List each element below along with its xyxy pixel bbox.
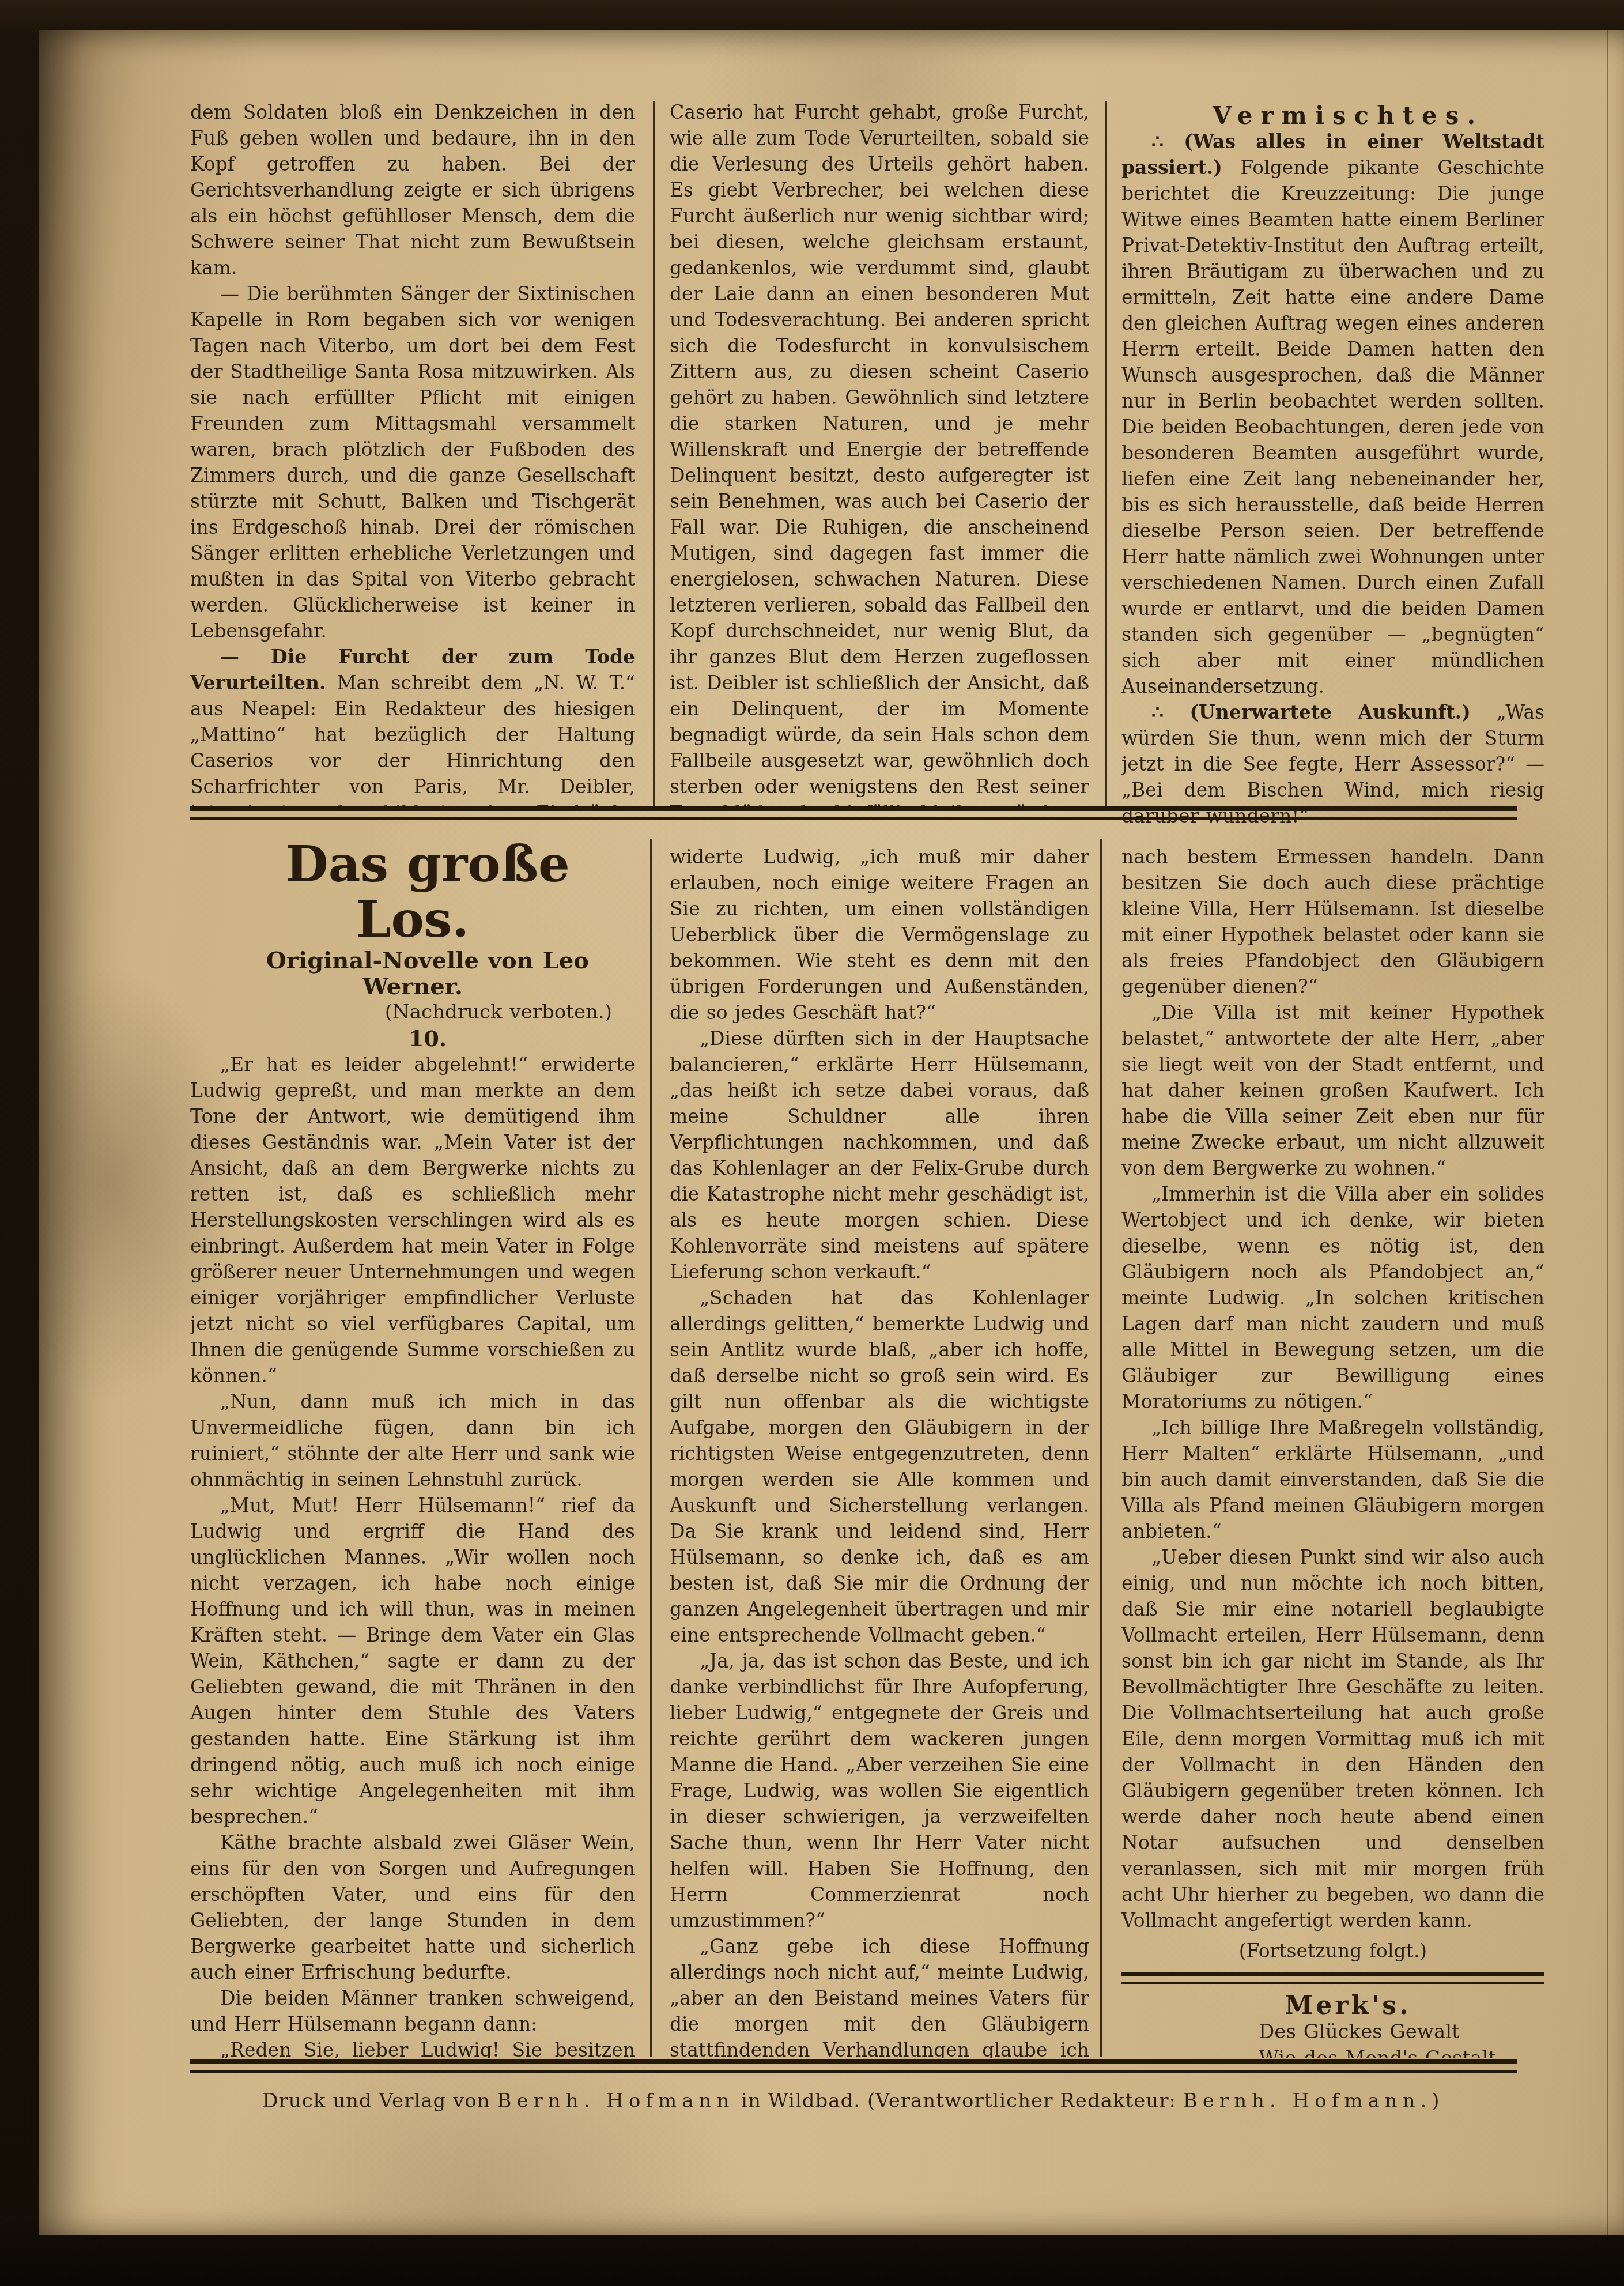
news-column-2: Caserio hat Furcht gehabt, große Furcht,… [670,99,1089,808]
novella-paragraph: „Mut, Mut! Herr Hülsemann!“ rief da Ludw… [190,1492,635,1829]
column-rule [653,101,655,808]
novella-paragraph: „Nun, dann muß ich mich in das Unvermeid… [190,1389,635,1492]
news-column-1: dem Soldaten bloß ein Denkzeichen in den… [190,99,635,807]
novella-paragraph: nach bestem Ermessen handeln. Dann besit… [1121,844,1544,999]
novella-paragraph: „Immerhin ist die Villa aber ein solides… [1121,1181,1544,1414]
novella-paragraph: Die beiden Männer tranken schweigend, un… [190,1985,635,2037]
news-paragraph: Caserio hat Furcht gehabt, große Furcht,… [670,99,1089,808]
reprint-notice: (Nachdruck verboten.) [190,999,635,1025]
novella-paragraph: „Diese dürften sich in der Hauptsache ba… [670,1025,1089,1285]
novella-paragraph: „Reden Sie, lieber Ludwig! Sie besitzen … [190,2037,635,2058]
column-rule [1100,839,1102,2057]
novella-paragraph: widerte Ludwig, „ich muß mir daher erlau… [670,844,1089,1025]
feuilleton-column-2: widerte Ludwig, „ich muß mir daher erlau… [670,844,1089,2058]
imprint-line: Druck und Verlag von Bernh. Hofmann in W… [190,2089,1517,2113]
column-rule [1105,101,1107,808]
novella-paragraph: „Er hat es leider abgelehnt!“ erwiderte … [190,1051,635,1389]
poem-line: Wie des Mond's Gestalt [1259,2045,1544,2058]
novella-paragraph: Käthe brachte alsbald zwei Gläser Wein, … [190,1829,635,1985]
merks-poem: Des Glückes Gewalt Wie des Mond's Gestal… [1121,2019,1544,2058]
publisher-name: Bernh. Hofmann [497,2089,735,2113]
feuilleton-column-1: Das große Los. Original-Novelle von Leo … [190,837,635,2058]
feuilleton-column-3: nach bestem Ermessen handeln. Dann besit… [1121,844,1544,2058]
news-paragraph: — Die Furcht der zum Tode Verurteilten. … [190,644,635,807]
feuilleton-subtitle: Original-Novelle von Leo Werner. [190,948,635,999]
bottom-divider-rule [190,2059,1517,2075]
poem-line: Des Glückes Gewalt [1259,2019,1544,2045]
imprint-text: Druck und Verlag von [262,2089,497,2113]
continuation-note: (Fortsetzung folgt.) [1121,1938,1544,1964]
editor-name: Bernh. Hofmann.) [1183,2089,1445,2113]
paragraph-lead: ∴ (Unerwartete Auskunft.) [1151,701,1471,723]
newspaper-page-scan: dem Soldaten bloß ein Denkzeichen in den… [0,0,1624,2286]
novella-paragraph: „Ich billige Ihre Maßregeln vollständig,… [1121,1414,1544,1544]
news-column-3: Vermischtes. ∴ (Was alles in einer Welts… [1121,103,1544,830]
news-paragraph: — Die berühmten Sänger der Sixtinischen … [190,281,635,644]
news-paragraph: ∴ (Was alles in einer Weltstadt passiert… [1121,129,1544,699]
novella-paragraph: „Ja, ja, das ist schon das Beste, und ic… [670,1648,1089,1933]
section-divider-rule [190,806,1517,822]
novella-paragraph: „Die Villa ist mit keiner Hypothek belas… [1121,999,1544,1181]
merks-divider-rule [1121,1972,1544,1987]
feuilleton-title: Das große Los. [190,837,635,948]
page-fold-line [1607,30,1608,2235]
merks-title: Merk's. [1121,1993,1544,2019]
section-header-vermischtes: Vermischtes. [1121,103,1544,129]
novella-paragraph: „Ueber diesen Punkt sind wir also auch e… [1121,1544,1544,1933]
novella-paragraph: „Schaden hat das Kohlenlager allerdings … [670,1285,1089,1648]
news-paragraph: dem Soldaten bloß ein Denkzeichen in den… [190,99,635,281]
chapter-number: 10. [190,1025,635,1051]
column-rule [650,839,652,2057]
novella-paragraph: „Ganz gebe ich diese Hoffnung allerdings… [670,1933,1089,2058]
imprint-text: in Wildbad. (Verantwortlicher Redakteur: [734,2089,1183,2113]
paragraph-text: Folgende pikante Geschichte berichtet di… [1121,156,1544,697]
